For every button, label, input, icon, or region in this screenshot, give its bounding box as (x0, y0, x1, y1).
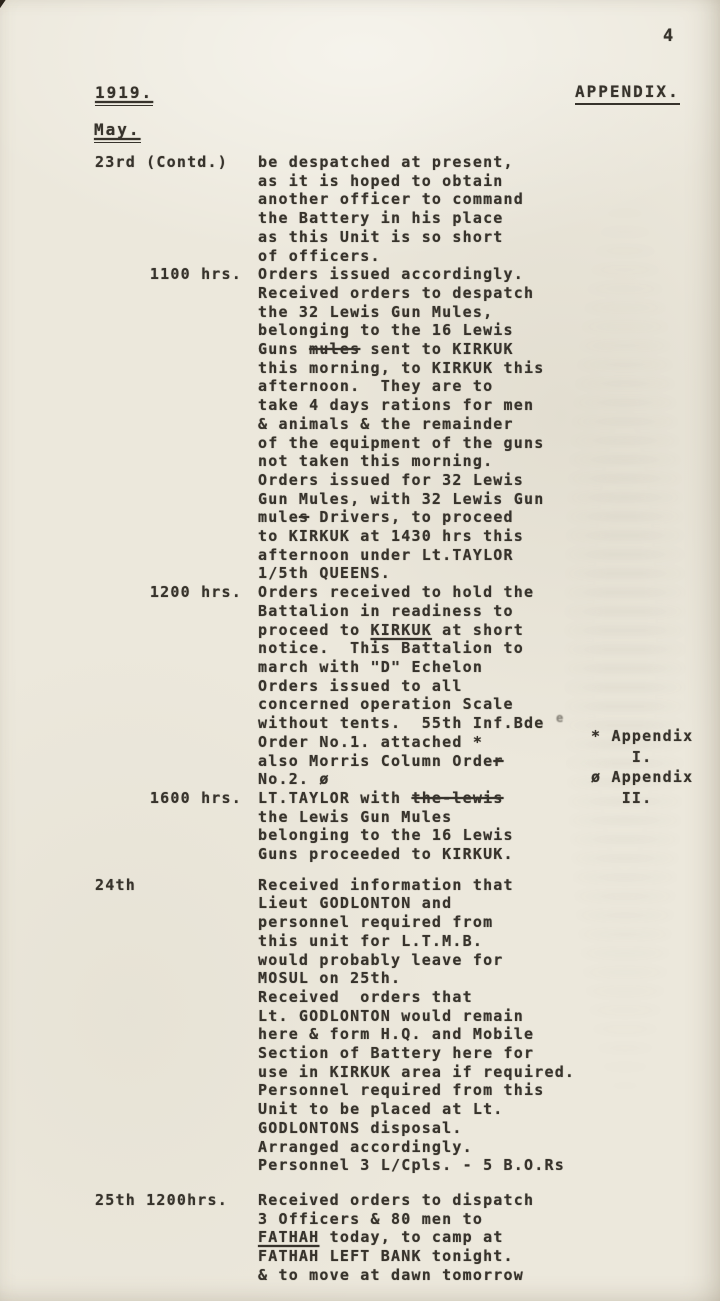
body-line: Orders issued to all (258, 677, 695, 696)
body-line: 1/5th QUEENS. (258, 564, 695, 583)
body-line: Gun Mules, with 32 Lewis Gun (258, 490, 695, 509)
body-line: to KIRKUK at 1430 hrs this (258, 527, 695, 546)
month-heading: May. (94, 120, 141, 143)
body-line: the Battery in his place (258, 209, 695, 228)
body-line: Lieut GODLONTON and (258, 894, 695, 913)
body-line: 3 Officers & 80 men to (258, 1210, 695, 1229)
diary-entry: 25th 1200hrs.Received orders to dispatch… (95, 1191, 695, 1285)
margin-note-line: I. (591, 747, 693, 768)
margin-note-line: ø Appendix (591, 767, 693, 788)
body-line: afternoon. They are to (258, 377, 695, 396)
month-heading-text: May. (94, 120, 141, 143)
appendix-heading-text: APPENDIX. (575, 82, 680, 105)
body-line: personnel required from (258, 913, 695, 932)
body-line: & to move at dawn tomorrow (258, 1266, 695, 1285)
body-line: here & form H.Q. and Mobile (258, 1025, 695, 1044)
entry-date-label: 1600 hrs. (95, 789, 258, 864)
body-line: this unit for L.T.M.B. (258, 932, 695, 951)
entry-date-label: 25th 1200hrs. (95, 1191, 258, 1285)
body-line: be despatched at present, (258, 153, 695, 172)
entry-body: be despatched at present,as it is hoped … (258, 153, 695, 265)
body-line: use in KIRKUK area if required. (258, 1063, 695, 1082)
body-line: of officers. (258, 247, 695, 266)
entry-date-label: 23rd (Contd.) (95, 153, 258, 265)
body-line: Arranged accordingly. (258, 1138, 695, 1157)
body-line: as this Unit is so short (258, 228, 695, 247)
body-line: Guns proceeded to KIRKUK. (258, 845, 695, 864)
body-line: FATHAH LEFT BANK tonight. (258, 1247, 695, 1266)
body-line: the Lewis Gun Mules (258, 808, 695, 827)
underlined-text: FATHAH (258, 1228, 319, 1246)
body-line: take 4 days rations for men (258, 396, 695, 415)
margin-notes: * Appendix I.ø Appendix II. (591, 726, 693, 808)
body-line: belonging to the 16 Lewis (258, 321, 695, 340)
body-line: Guns mules sent to KIRKUK (258, 340, 695, 359)
body-line: Unit to be placed at Lt. (258, 1100, 695, 1119)
body-line: the 32 Lewis Gun Mules, (258, 303, 695, 322)
body-line: as it is hoped to obtain (258, 172, 695, 191)
body-line: Orders issued for 32 Lewis (258, 471, 695, 490)
body-line: Received orders to despatch (258, 284, 695, 303)
appendix-heading: APPENDIX. (575, 82, 680, 105)
body-line: proceed to KIRKUK at short (258, 621, 695, 640)
body-line: Personnel 3 L/Cpls. - 5 B.O.Rs (258, 1156, 695, 1175)
margin-note-line: II. (591, 788, 693, 809)
diary-page: 4 1919. APPENDIX. May. 23rd (Contd.)be d… (0, 0, 720, 1301)
margin-note-line: * Appendix (591, 726, 693, 747)
body-line: Orders received to hold the (258, 583, 695, 602)
body-line: Received orders to dispatch (258, 1191, 695, 1210)
body-line: Lt. GODLONTON would remain (258, 1007, 695, 1026)
entry-body: Received orders to dispatch3 Officers & … (258, 1191, 695, 1285)
body-line: belonging to the 16 Lewis (258, 826, 695, 845)
body-line: not taken this morning. (258, 452, 695, 471)
body-line: mules Drivers, to proceed (258, 508, 695, 527)
body-line: & animals & the remainder (258, 415, 695, 434)
body-line: Section of Battery here for (258, 1044, 695, 1063)
body-line: Received information that (258, 876, 695, 895)
stray-ink-mark: e (556, 711, 563, 725)
body-line: Orders issued accordingly. (258, 265, 695, 284)
entry-body: Orders issued accordingly.Received order… (258, 265, 695, 583)
year-heading: 1919. (95, 83, 153, 106)
page-number: 4 (663, 26, 674, 46)
struck-text: the-lewis (411, 789, 503, 807)
body-line: concerned operation Scale (258, 695, 695, 714)
body-line: another officer to command (258, 190, 695, 209)
entry-date-label: 1200 hrs. (95, 583, 258, 789)
diary-entry: 23rd (Contd.)be despatched at present,as… (95, 153, 695, 265)
entry-body: Received information thatLieut GODLONTON… (258, 876, 695, 1175)
diary-entries: 23rd (Contd.)be despatched at present,as… (95, 153, 695, 1284)
body-line: MOSUL on 25th. (258, 969, 695, 988)
body-line: would probably leave for (258, 951, 695, 970)
entry-date-label: 1100 hrs. (95, 265, 258, 583)
year-heading-text: 1919. (95, 83, 153, 106)
body-line: afternoon under Lt.TAYLOR (258, 546, 695, 565)
body-line: Battalion in readiness to (258, 602, 695, 621)
body-line: notice. This Battalion to (258, 639, 695, 658)
body-line: march with "D" Echelon (258, 658, 695, 677)
underlined-text: KIRKUK (371, 621, 432, 639)
struck-text: s (299, 508, 309, 526)
body-line: this morning, to KIRKUK this (258, 359, 695, 378)
struck-text: mules (309, 340, 360, 358)
entry-date-label: 24th (95, 876, 258, 1175)
scan-corner-artifact (0, 0, 7, 11)
body-line: of the equipment of the guns (258, 434, 695, 453)
body-line: FATHAH today, to camp at (258, 1228, 695, 1247)
body-line: Received orders that (258, 988, 695, 1007)
body-line: GODLONTONS disposal. (258, 1119, 695, 1138)
body-line: Personnel required from this (258, 1081, 695, 1100)
struck-text: r (493, 752, 503, 770)
diary-entry: 1100 hrs.Orders issued accordingly.Recei… (95, 265, 695, 583)
diary-entry: 24thReceived information thatLieut GODLO… (95, 876, 695, 1175)
